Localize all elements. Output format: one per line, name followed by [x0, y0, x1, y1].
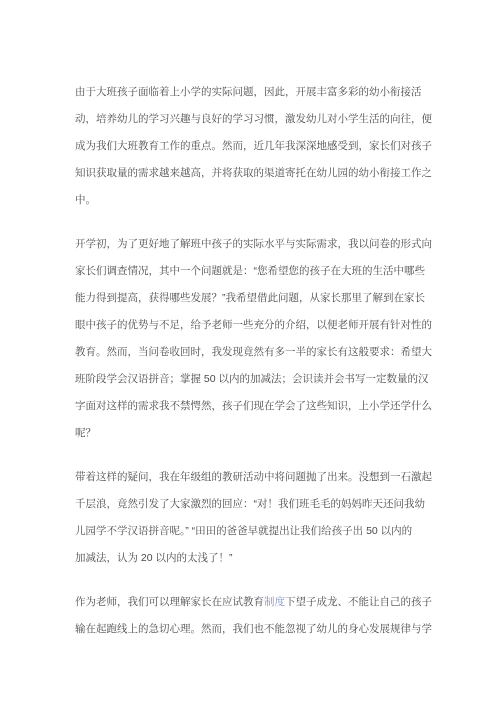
text-line: 呢？ — [75, 420, 421, 447]
text-line: 眼中孩子的优势与不足，给予老师一些充分的介绍，以便老师开展有针对性的 — [75, 312, 421, 339]
text-line: 教育。然而，当问卷收回时，我发现竟然有多一半的家长有这般要求：希望大 — [75, 339, 421, 366]
text-line: 带着这样的疑问，我在年级组的教研活动中将问题抛了出来。没想到一石激起 — [75, 464, 421, 491]
text-line: 由于大班孩子面临着上小学的实际问题，因此，开展丰富多彩的幼小衔接活 — [75, 79, 421, 106]
text-line: 知识获取量的需求越来越高，并将获取的渠道寄托在幼儿园的幼小衔接工作之 — [75, 160, 421, 187]
paragraph: 开学初，为了更好地了解班中孩子的实际水平与实际需求，我以问卷的形式向 家长们调查… — [75, 231, 421, 447]
paragraph: 由于大班孩子面临着上小学的实际问题，因此，开展丰富多彩的幼小衔接活 动，培养幼儿… — [75, 79, 421, 214]
text-line: 开学初，为了更好地了解班中孩子的实际水平与实际需求，我以问卷的形式向 — [75, 231, 421, 258]
paragraph: 作为老师，我们可以理解家长在应试教育制度下望子成龙、不能让自己的孩子 输在起跑线… — [75, 589, 421, 643]
text-line: 儿园学不学汉语拼音呢。” “田田的爸爸早就提出让我们给孩子出 50 以内的 — [75, 518, 421, 545]
text-line: 成为我们大班教育工作的重点。然而，近几年我深深地感受到，家长们对孩子 — [75, 133, 421, 160]
text-line: 字面对这样的需求我不禁愕然，孩子们现在学会了这些知识，上小学还学什么 — [75, 393, 421, 420]
document-page: { "page": { "background_color": "#ffffff… — [0, 0, 500, 707]
text-segment: 作为老师，我们可以理解家长在应试教育 — [75, 596, 264, 608]
article-body: 由于大班孩子面临着上小学的实际问题，因此，开展丰富多彩的幼小衔接活 动，培养幼儿… — [75, 79, 421, 660]
text-line: 中。 — [75, 187, 421, 214]
text-line: 加减法，认为 20 以内的太浅了！” — [75, 545, 421, 572]
paragraph: 带着这样的疑问，我在年级组的教研活动中将问题抛了出来。没想到一石激起 千层浪，竟… — [75, 464, 421, 572]
text-line: 班阶段学会汉语拼音；掌握 50 以内的加减法；会识读并会书写一定数量的汉 — [75, 366, 421, 393]
text-line: 千层浪，竟然引发了大家激烈的回应：“对！我们班毛毛的妈妈昨天还问我幼 — [75, 491, 421, 518]
text-line: 动，培养幼儿的学习兴趣与良好的学习习惯，激发幼儿对小学生活的向往，便 — [75, 106, 421, 133]
text-line: 作为老师，我们可以理解家长在应试教育制度下望子成龙、不能让自己的孩子 — [75, 589, 421, 616]
text-segment: 下望子成龙、不能让自己的孩子 — [285, 596, 432, 608]
inline-link[interactable]: 制度 — [264, 596, 285, 608]
text-line: 能力得到提高，获得哪些发展？”我希望借此问题，从家长那里了解到在家长 — [75, 285, 421, 312]
text-line: 输在起跑线上的急切心理。然而，我们也不能忽视了幼儿的身心发展规律与学 — [75, 616, 421, 643]
text-line: 家长们调查情况，其中一个问题就是：“您希望您的孩子在大班的生活中哪些 — [75, 258, 421, 285]
